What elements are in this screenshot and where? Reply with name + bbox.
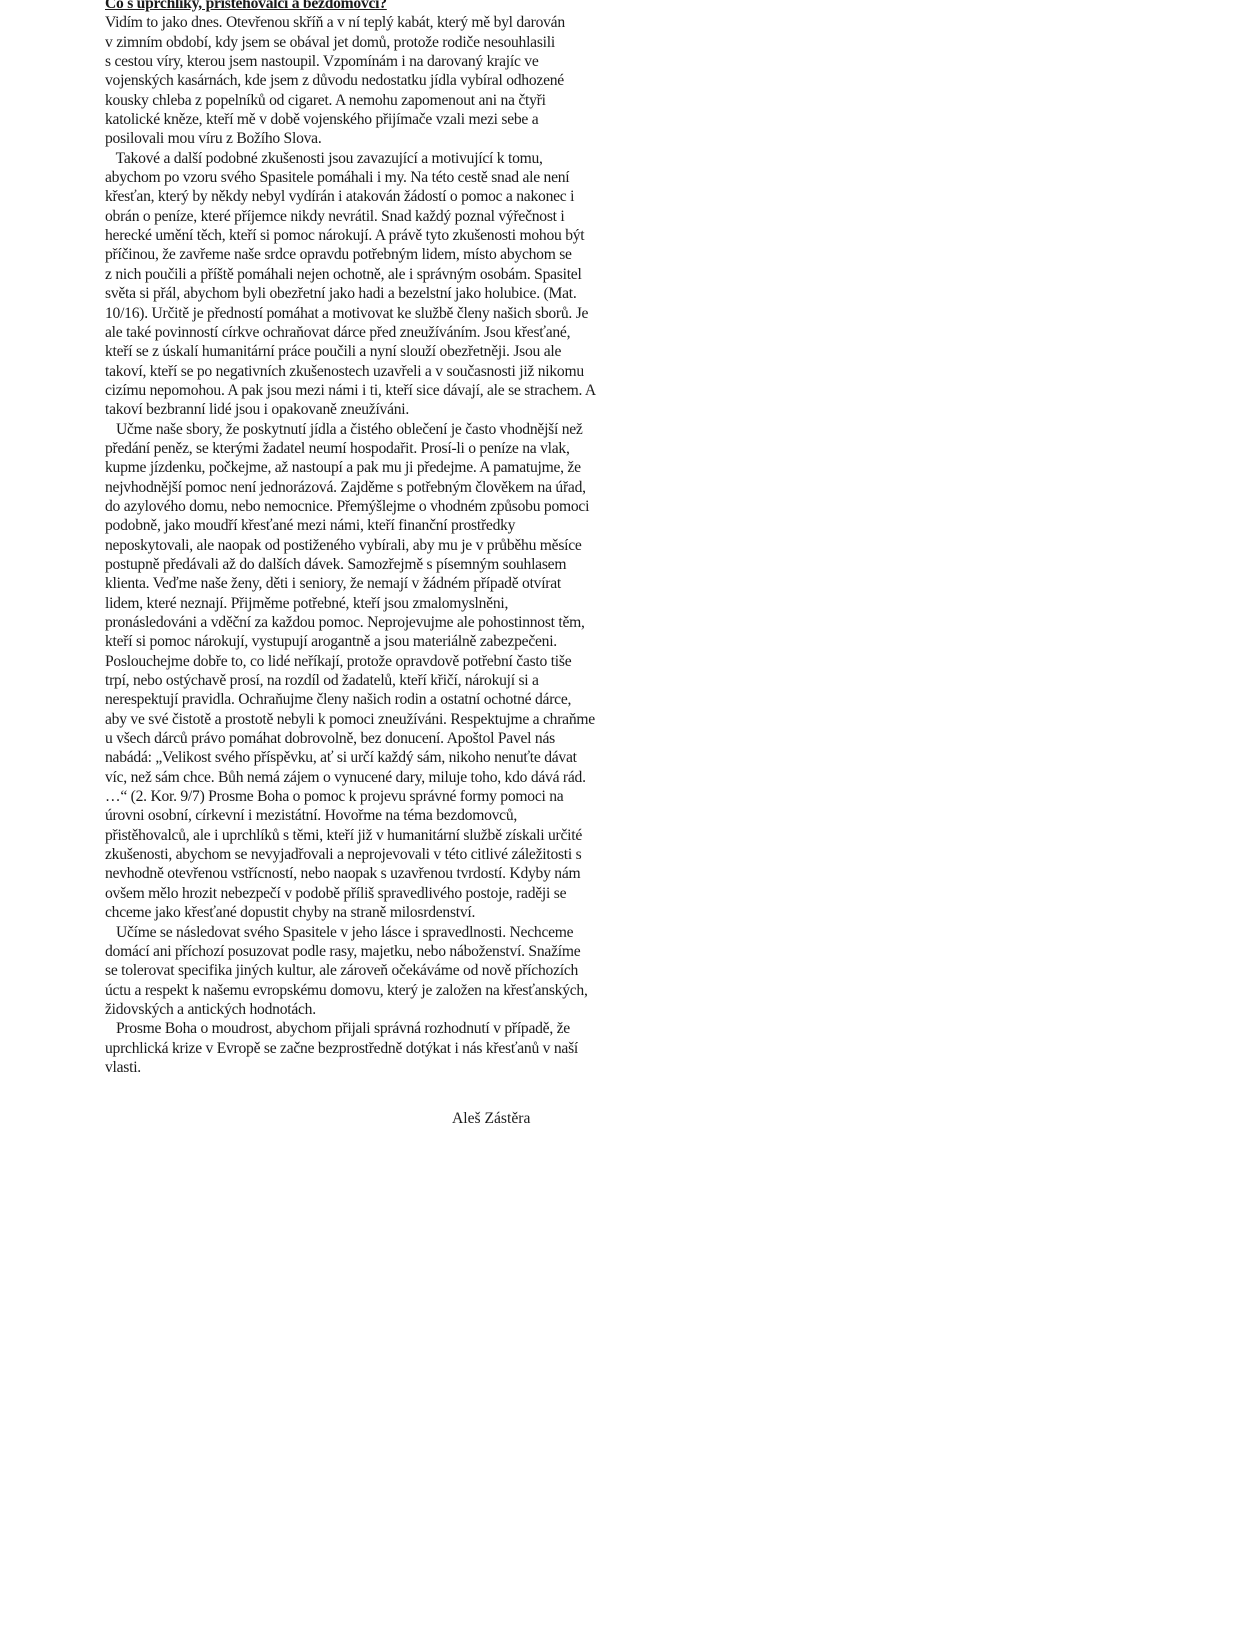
- text-line: víc, než sám chce. Bůh nemá zájem o vynu…: [105, 768, 605, 787]
- text-line: abychom po vzoru svého Spasitele pomáhal…: [105, 168, 605, 187]
- text-line: uprchlická krize v Evropě se začne bezpr…: [105, 1039, 605, 1058]
- article-title: Co s uprchlíky, přistěhovalci a bezdomov…: [105, 0, 605, 13]
- text-line: křesťan, který by někdy nebyl vydírán i …: [105, 187, 605, 206]
- text-line: cizímu nepomohou. A pak jsou mezi námi i…: [105, 381, 605, 400]
- text-line: klienta. Veďme naše ženy, děti i seniory…: [105, 574, 605, 593]
- text-line: lidem, které neznají. Přijměme potřebné,…: [105, 594, 605, 613]
- text-line: pronásledováni a vděční za každou pomoc.…: [105, 613, 605, 632]
- text-line: Prosme Boha o moudrost, abychom přijali …: [105, 1019, 605, 1038]
- text-line: kousky chleba z popelníků od cigaret. A …: [105, 91, 605, 110]
- text-line: Učíme se následovat svého Spasitele v je…: [105, 923, 605, 942]
- text-line: Učme naše sbory, že poskytnutí jídla a č…: [105, 420, 605, 439]
- text-line: světa si přál, abychom byli obezřetní ja…: [105, 284, 605, 303]
- text-line: trpí, nebo ostýchavě prosí, na rozdíl od…: [105, 671, 605, 690]
- text-line: z nich poučili a příště pomáhali nejen o…: [105, 265, 605, 284]
- text-line: takoví bezbranní lidé jsou i opakovaně z…: [105, 400, 605, 419]
- text-line: židovských a antických hodnotách.: [105, 1000, 605, 1019]
- text-line: u všech dárců právo pomáhat dobrovolně, …: [105, 729, 605, 748]
- text-line: předání peněz, se kterými žadatel neumí …: [105, 439, 605, 458]
- text-line: 10/16). Určitě je předností pomáhat a mo…: [105, 304, 605, 323]
- text-line: aby ve své čistotě a prostotě nebyli k p…: [105, 710, 605, 729]
- text-line: Poslouchejme dobře to, co lidé neříkají,…: [105, 652, 605, 671]
- text-line: v zimním období, kdy jsem se obával jet …: [105, 33, 605, 52]
- text-line: kteří si pomoc nárokují, vystupují aroga…: [105, 632, 605, 651]
- text-line: nerespektují pravidla. Ochraňujme členy …: [105, 690, 605, 709]
- text-line: ovšem mělo hrozit nebezpečí v podobě pří…: [105, 884, 605, 903]
- text-line: posilovali mou víru z Božího Slova.: [105, 129, 605, 148]
- text-line: příčinou, že zavřeme naše srdce opravdu …: [105, 245, 605, 264]
- text-line: úrovni osobní, církevní i mezistátní. Ho…: [105, 806, 605, 825]
- text-line: přistěhovalců, ale i uprchlíků s těmi, k…: [105, 826, 605, 845]
- document-page: Co s uprchlíky, přistěhovalci a bezdomov…: [105, 0, 605, 1077]
- text-line: kupme jízdenku, počkejme, až nastoupí a …: [105, 458, 605, 477]
- text-line: chceme jako křesťané dopustit chyby na s…: [105, 903, 605, 922]
- text-line: herecké umění těch, kteří si pomoc nárok…: [105, 226, 605, 245]
- text-line: kteří se z úskalí humanitární práce pouč…: [105, 342, 605, 361]
- text-line: Vidím to jako dnes. Otevřenou skříň a v …: [105, 13, 605, 32]
- text-line: nevhodně otevřenou vstřícností, nebo nao…: [105, 864, 605, 883]
- text-line: domácí ani příchozí posuzovat podle rasy…: [105, 942, 605, 961]
- text-line: vlasti.: [105, 1058, 605, 1077]
- text-line: obrán o peníze, které příjemce nikdy nev…: [105, 207, 605, 226]
- text-line: takoví, kteří se po negativních zkušenos…: [105, 362, 605, 381]
- text-line: vojenských kasárnách, kde jsem z důvodu …: [105, 71, 605, 90]
- text-line: do azylového domu, nebo nemocnice. Přemý…: [105, 497, 605, 516]
- author-signature: Aleš Zástěra: [452, 1110, 530, 1128]
- text-line: …“ (2. Kor. 9/7) Prosme Boha o pomoc k p…: [105, 787, 605, 806]
- text-line: katolické kněze, kteří mě v době vojensk…: [105, 110, 605, 129]
- article-body: Vidím to jako dnes. Otevřenou skříň a v …: [105, 13, 605, 1077]
- text-line: podobně, jako moudří křesťané mezi námi,…: [105, 516, 605, 535]
- text-line: nejvhodnější pomoc není jednorázová. Zaj…: [105, 478, 605, 497]
- text-line: se tolerovat specifika jiných kultur, al…: [105, 961, 605, 980]
- text-line: Takové a další podobné zkušenosti jsou z…: [105, 149, 605, 168]
- text-line: neposkytovali, ale naopak od postiženého…: [105, 536, 605, 555]
- text-line: s cestou víry, kterou jsem nastoupil. Vz…: [105, 52, 605, 71]
- text-line: postupně předávali až do dalších dávek. …: [105, 555, 605, 574]
- text-line: ale také povinností církve ochraňovat dá…: [105, 323, 605, 342]
- text-line: nabádá: „Velikost svého příspěvku, ať si…: [105, 748, 605, 767]
- text-line: zkušenosti, abychom se nevyjadřovali a n…: [105, 845, 605, 864]
- text-line: úctu a respekt k našemu evropskému domov…: [105, 981, 605, 1000]
